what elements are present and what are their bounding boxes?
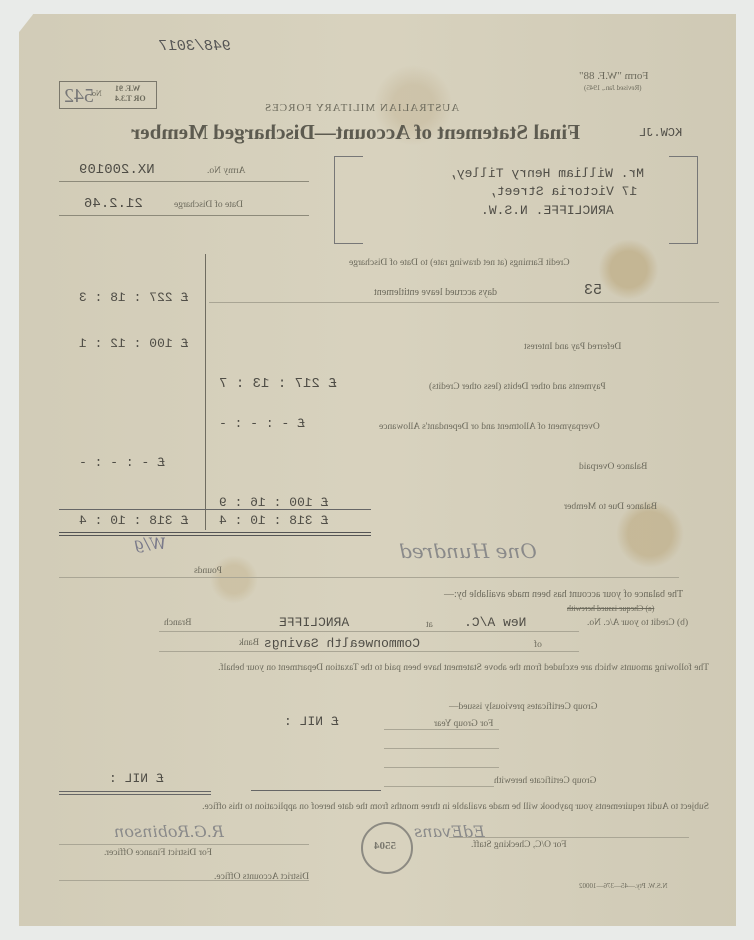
- branch-rule: [159, 631, 579, 632]
- reference-box: 542 No. W.F. 91 OR T.3.4: [59, 81, 157, 109]
- taxation-note: The following amounts which are excluded…: [59, 662, 709, 674]
- audit-note: Subject to Audit requirements your paybo…: [59, 801, 709, 813]
- account-number: New A/C.: [464, 615, 526, 630]
- deferred-pay-amount: £ 100 : 12 : 1: [79, 336, 188, 351]
- payments-amount: £ 217 : 13 : 7: [219, 376, 337, 392]
- address-line-1: Mr. William Henry Tilley,: [449, 166, 644, 181]
- overpayment-amount: £ - : - : -: [219, 416, 305, 431]
- overpayment-label: Overpayment of Allotment and or Dependan…: [379, 422, 600, 432]
- address-line-3: ARNCLIFFE. N.S.W.: [481, 203, 614, 218]
- initials: W/g: [134, 534, 166, 553]
- total-debit: £ 318 : 10 : 4: [79, 513, 188, 528]
- balance-due-amount: £ 100 : 16 : 9: [219, 495, 328, 510]
- leave-days: 53: [584, 282, 602, 299]
- credit-earnings-label: Credit Earnings (at net drawing rate) to…: [349, 258, 570, 268]
- form-code: KCW.JL: [639, 126, 682, 140]
- balance-overpaid-label: Balance Overpaid: [579, 462, 647, 472]
- total-rule-1: [59, 532, 371, 533]
- leave-label: days accrued leave entitlement: [374, 287, 497, 298]
- at-label: at: [426, 620, 433, 630]
- checking-staff-signature: EdEvans: [414, 822, 485, 841]
- group-total-rule-2: [59, 794, 211, 795]
- group-previous-amount: £ NIL :: [284, 714, 339, 729]
- leave-amount: £ 227 : 18 : 3: [79, 290, 188, 305]
- army-number: NX.200109: [79, 162, 155, 178]
- payments-label: Payments and other Debits (less other Cr…: [429, 382, 606, 392]
- office-stamp: 5504: [361, 822, 413, 874]
- balance-overpaid-amount: £ - : - : -: [79, 455, 165, 470]
- subtotal-rule: [59, 509, 371, 510]
- discharge-rule: [59, 215, 309, 216]
- pounds-label: Pounds: [194, 566, 222, 576]
- finance-officer-label: For District Finance Officer.: [104, 848, 212, 858]
- checking-rule: [449, 837, 689, 838]
- bank-label: Bank: [239, 638, 259, 648]
- total-rule-2: [59, 535, 371, 536]
- discharge-date: 21.2.46: [84, 196, 143, 212]
- group-herewith-label: Group Certificate herewith: [494, 776, 596, 786]
- form-edition: (Revised Jan., 1945): [584, 84, 642, 92]
- army-no-label: Army No.: [207, 166, 246, 176]
- address-line-2: 17 Victoria Street,: [489, 184, 637, 199]
- address-bracket-right: [669, 156, 698, 244]
- reference-label-1: W.F. 91: [115, 84, 140, 93]
- group-rule-2: [384, 748, 499, 749]
- group-rule-3: [384, 767, 499, 768]
- finance-sig-rule: [59, 844, 309, 845]
- bank-name: Commonwealth Savings: [264, 636, 420, 651]
- discharge-date-label: Date of Discharge: [174, 200, 243, 210]
- stamp-number: 5504: [374, 840, 396, 852]
- checking-staff-label: For O/C, Checking Staff.: [471, 840, 567, 850]
- document-title: Final Statement of Account—Discharged Me…: [131, 120, 580, 145]
- group-previous-label: Group Certificates previously issued—: [449, 702, 598, 712]
- office-rule: [59, 880, 309, 881]
- finance-officer-signature: R.G.Robinson: [114, 822, 224, 841]
- reference-no-label: No.: [90, 89, 102, 98]
- option-b-label: (b) Credit to your A/c. No.: [587, 618, 688, 628]
- group-total-rule-1: [59, 791, 211, 792]
- branch-name: ARNCLIFFE: [279, 615, 349, 630]
- deferred-pay-label: Deferred Pay and Interest: [524, 342, 621, 352]
- force-name: AUSTRALIAN MILITARY FORCES: [264, 102, 459, 114]
- balance-available-label: The balance of your account has been mad…: [444, 589, 683, 600]
- option-a-cheque: (a) Cheque issued herewith: [567, 604, 654, 613]
- bank-rule: [159, 651, 579, 652]
- branch-label: Branch: [164, 618, 191, 628]
- group-herewith-rule: [384, 786, 494, 787]
- group-year-rule: [384, 729, 499, 730]
- group-total: £ NIL :: [109, 771, 164, 786]
- leave-rule: [209, 302, 719, 303]
- total-credit: £ 318 : 10 : 4: [219, 513, 328, 528]
- discharge-statement-page: 948/3017 Form "W.F. 88" (Revised Jan., 1…: [19, 14, 736, 926]
- group-year-label: For Group Year: [434, 719, 493, 729]
- of-label: of: [534, 640, 542, 650]
- address-bracket-left: [334, 156, 363, 244]
- pounds-written-signature: One Hundred: [399, 539, 537, 563]
- ledger-divider: [205, 254, 206, 530]
- signature-rule-mid: [251, 790, 381, 791]
- file-reference: 948/3017: [159, 38, 231, 55]
- printer-line: N.S.W. Pty.—45—376—10002: [579, 882, 668, 890]
- form-number: Form "W.F. 88": [579, 70, 648, 82]
- reference-label-2: OR T.3.4: [115, 94, 146, 103]
- pounds-rule: [59, 577, 679, 578]
- army-no-rule: [59, 181, 309, 182]
- balance-due-label: Balance Due to Member: [564, 502, 657, 512]
